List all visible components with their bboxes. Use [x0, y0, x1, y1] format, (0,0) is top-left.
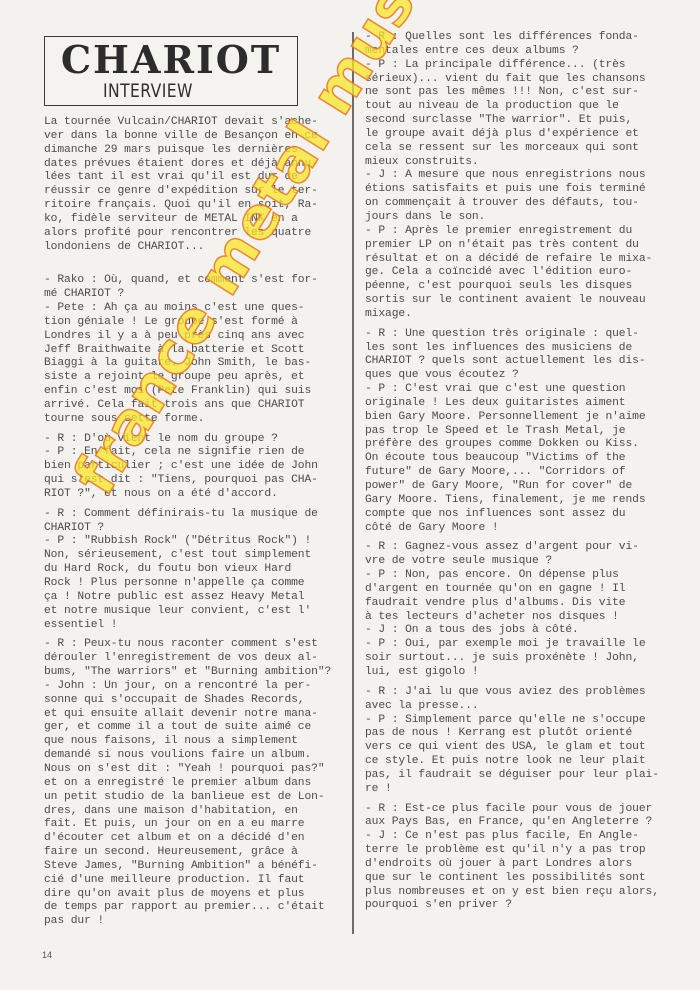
paragraph: - R : Quelles sont les différences fonda… [365, 31, 675, 322]
paragraph: - R : Une question très originale : quel… [365, 328, 675, 536]
page-number: 14 [42, 950, 52, 960]
paragraph: - R : Est-ce plus facile pour vous de jo… [365, 803, 675, 914]
left-text-column: La tournée Vulcain/CHARIOT devait s'ache… [44, 116, 344, 929]
article-title: CHARIOT [45, 39, 297, 81]
paragraph: La tournée Vulcain/CHARIOT devait s'ache… [44, 116, 344, 254]
right-text-column: - R : Quelles sont les différences fonda… [365, 31, 675, 913]
article-subtitle: INTERVIEW [103, 80, 193, 102]
paragraph: - R : Gagnez-vous assez d'argent pour vi… [365, 541, 675, 679]
magazine-page: CHARIOT INTERVIEW La tournée Vulcain/CHA… [0, 0, 700, 990]
column-divider [352, 32, 354, 934]
paragraph: - Rako : Où, quand, et comment s'est for… [44, 260, 344, 426]
paragraph: - R : J'ai lu que vous aviez des problèm… [365, 686, 675, 797]
paragraph: - R : Peux-tu nous raconter comment s'es… [44, 638, 344, 929]
paragraph: - R : D'où vient le nom du groupe ? - P … [44, 433, 344, 502]
article-title-box: CHARIOT INTERVIEW [44, 36, 298, 106]
paragraph: - R : Comment définirais-tu la musique d… [44, 508, 344, 633]
